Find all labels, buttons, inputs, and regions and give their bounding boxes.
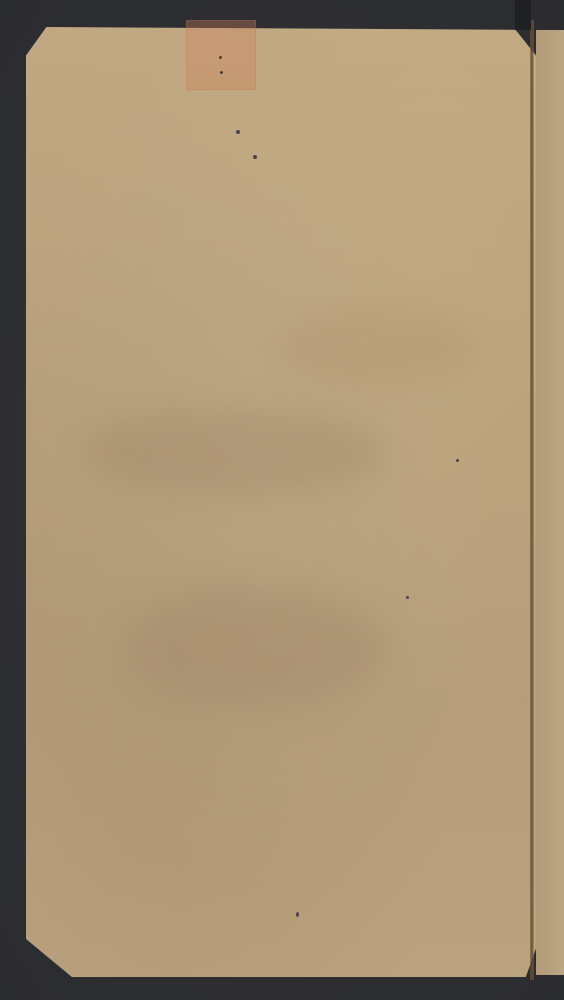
ink-speck — [406, 596, 409, 599]
ink-speck — [236, 130, 240, 134]
adjacent-page-edge — [536, 30, 564, 975]
ink-speck — [296, 912, 299, 917]
paper-stain — [86, 407, 386, 497]
stamp-dot — [219, 56, 222, 59]
page-clip — [515, 0, 531, 30]
paper-stain — [276, 307, 476, 387]
gutter-fold-line — [530, 20, 534, 980]
stamp-dot — [220, 71, 223, 74]
library-stamp — [186, 20, 256, 90]
ink-speck — [253, 155, 257, 159]
paper-stain — [126, 587, 386, 707]
ink-speck — [456, 459, 459, 462]
paper-page — [26, 27, 536, 977]
